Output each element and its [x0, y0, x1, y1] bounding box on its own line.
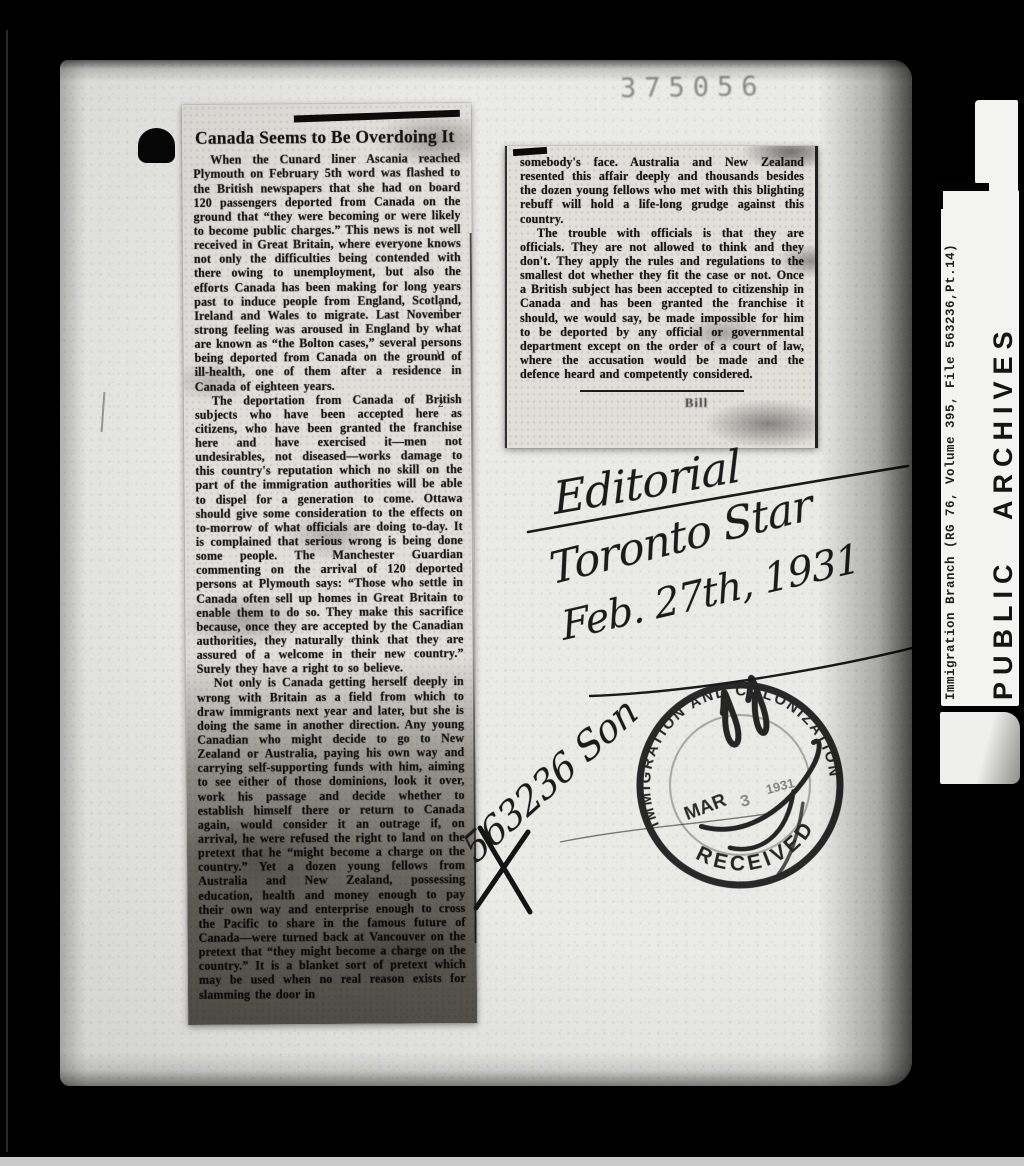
public-archives-stamp-text: PUBLIC ARCHIVES	[988, 220, 1019, 700]
clipping-paragraph: somebody's face. Australia and New Zeala…	[520, 155, 804, 226]
cut-off-text-fragment: Bill	[520, 395, 804, 409]
stamp-month: MAR	[681, 790, 729, 825]
archive-label: Immigration Branch (RG 76, Volume 395, F…	[941, 190, 1019, 706]
archive-label-notch	[975, 100, 1018, 192]
scan-edge-left	[6, 30, 8, 1152]
received-stamp: IMMIGRATION AND COLONIZATION RECEIVED MA…	[578, 623, 901, 946]
stamp-day: 3	[738, 790, 752, 811]
edge-fragment: 2	[438, 398, 444, 410]
clipping-paragraph: Not only is Canada getting herself deepl…	[197, 675, 466, 1002]
clipping-paragraph: The trouble with officials is that they …	[520, 226, 804, 382]
edge-fragment: )	[436, 348, 440, 360]
archive-label-torn-piece	[940, 712, 1020, 784]
photo-number-stamp: 375056	[620, 71, 766, 104]
ink-blob	[138, 128, 175, 163]
microfilm-scan: 375056 Canada Seems to Be Overdoing It W…	[0, 0, 1024, 1166]
newspaper-clipping-right: somebody's face. Australia and New Zeala…	[505, 146, 818, 448]
archive-page: 375056 Canada Seems to Be Overdoing It W…	[60, 60, 912, 1086]
clipping-headline: Canada Seems to Be Overdoing It	[195, 127, 460, 148]
archive-reference-text: Immigration Branch (RG 76, Volume 395, F…	[944, 200, 958, 700]
clipping-paragraph: When the Cunard liner Ascania reached Pl…	[193, 151, 462, 393]
margin-pen-mark	[101, 392, 106, 432]
clipping-top-rule	[294, 110, 460, 123]
clipping-paragraph: The deportation from Canada of British s…	[195, 392, 464, 677]
scan-edge-strip	[0, 1157, 1024, 1166]
clipping-divider-rule	[580, 390, 745, 392]
newspaper-clipping-left: Canada Seems to Be Overdoing It When the…	[182, 103, 477, 1025]
edge-fragment: 1	[438, 302, 444, 314]
